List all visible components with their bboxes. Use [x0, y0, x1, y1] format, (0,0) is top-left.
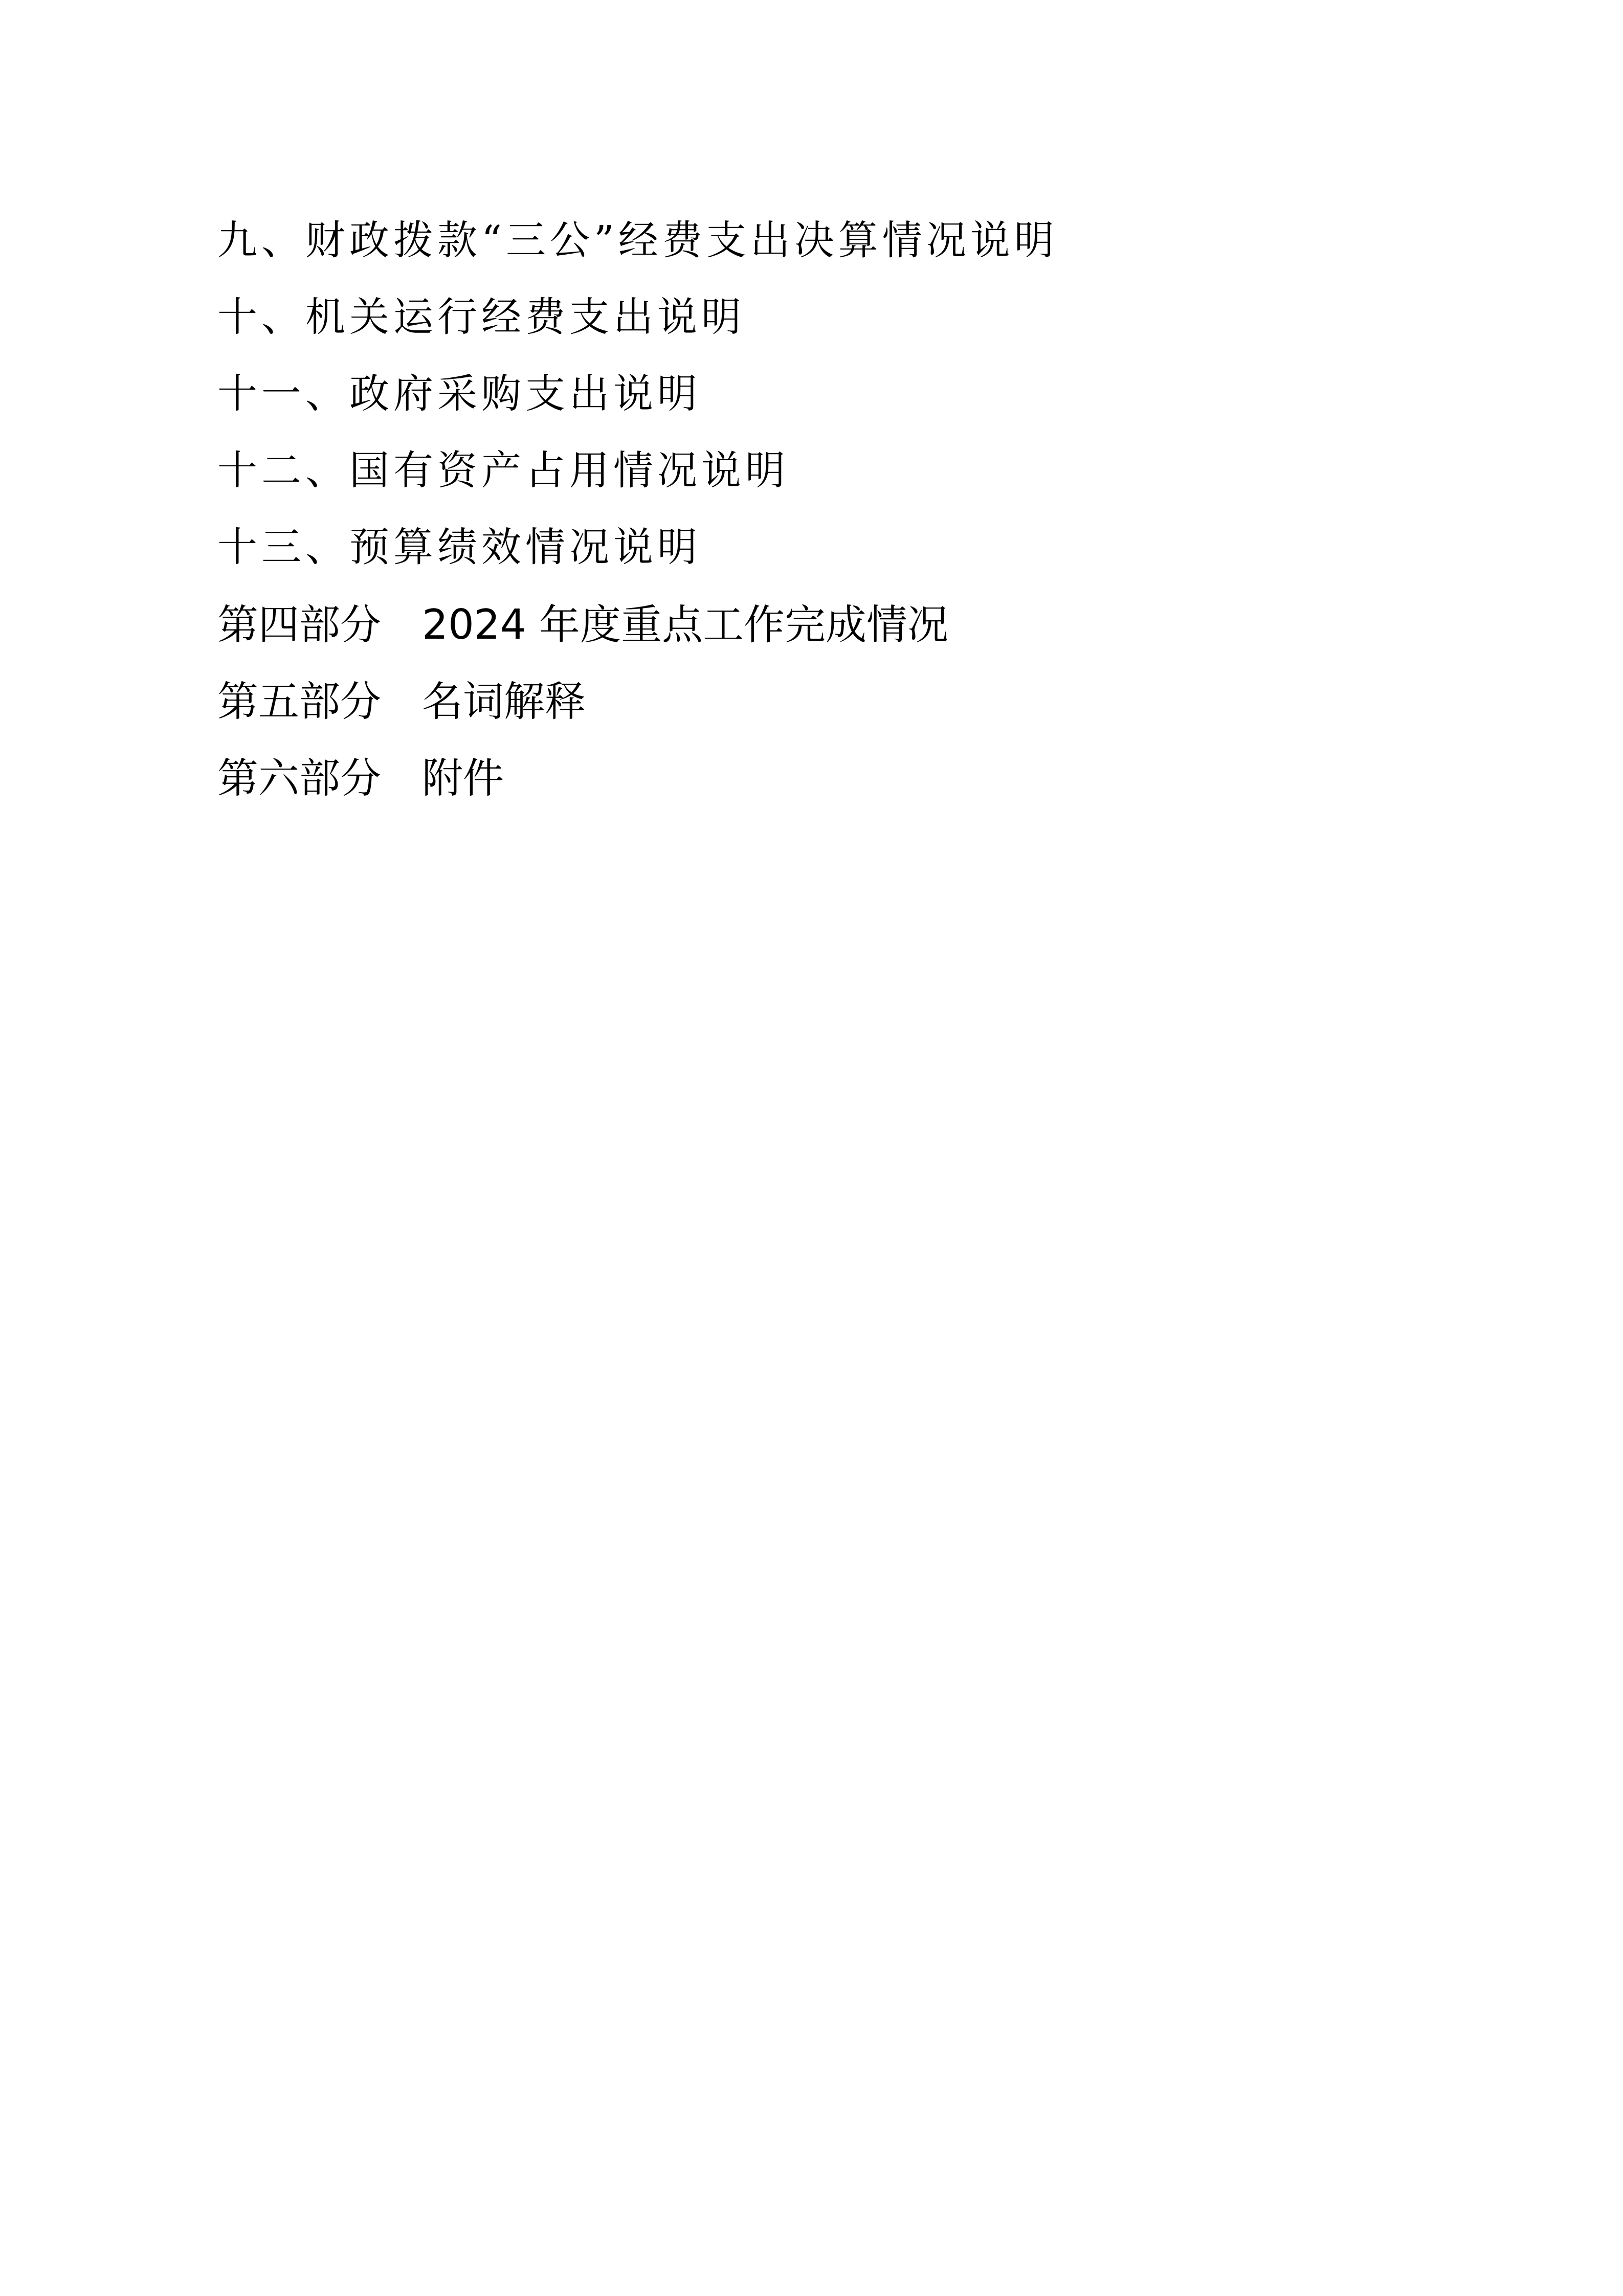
document-page: 九、财政拨款“三公”经费支出决算情况说明 十、机关运行经费支出说明 十一、政府采… — [0, 0, 1623, 2296]
part-number: 第五部分 — [217, 681, 381, 722]
toc-item-label: 十一、政府采购支出说明 — [217, 371, 701, 417]
toc-item-label: 九、财政拨款“三公”经费支出决算情况说明 — [217, 218, 1058, 264]
toc-part-5: 第五部分名词解释 — [217, 681, 586, 722]
part-title: 名词解释 — [422, 681, 586, 722]
toc-item-section-10: 十、机关运行经费支出说明 — [217, 298, 745, 337]
part-number: 第六部分 — [217, 758, 381, 799]
toc-part-4: 第四部分2024 年度重点工作完成情况 — [217, 604, 948, 645]
part-title: 附件 — [422, 758, 504, 799]
toc-item-section-9: 九、财政拨款“三公”经费支出决算情况说明 — [217, 221, 1058, 261]
toc-item-label: 十二、国有资产占用情况说明 — [217, 448, 789, 494]
toc-item-section-12: 十二、国有资产占用情况说明 — [217, 451, 789, 491]
toc-item-section-11: 十一、政府采购支出说明 — [217, 374, 701, 414]
toc-item-label: 十三、预算绩效情况说明 — [217, 525, 701, 571]
toc-item-section-13: 十三、预算绩效情况说明 — [217, 528, 701, 568]
toc-item-label: 十、机关运行经费支出说明 — [217, 295, 745, 341]
part-number: 第四部分 — [217, 604, 381, 645]
toc-part-6: 第六部分附件 — [217, 758, 504, 799]
part-title: 2024 年度重点工作完成情况 — [422, 604, 948, 645]
